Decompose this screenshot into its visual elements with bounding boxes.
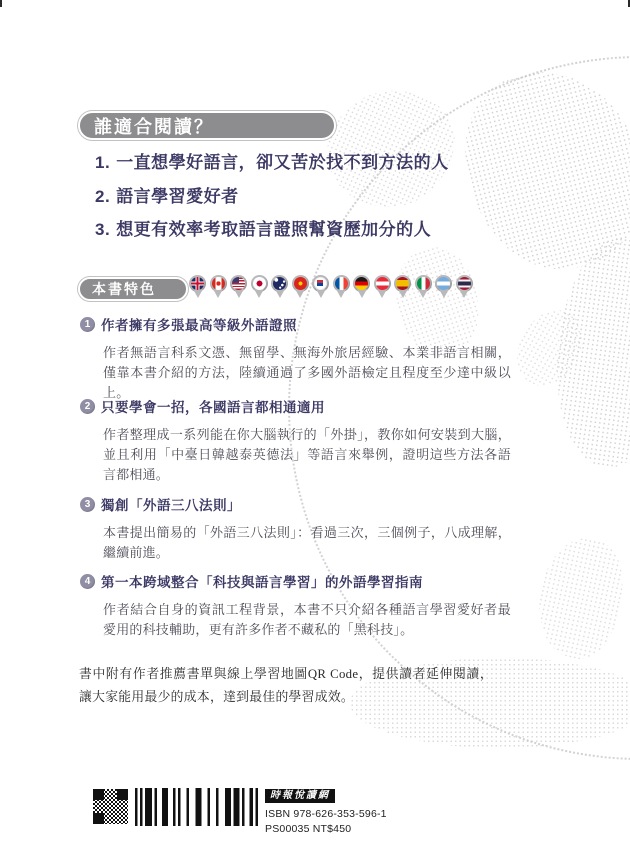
flag-pin-korea: [312, 275, 329, 301]
who-should-read-badge: 誰適合閱讀？: [78, 111, 336, 140]
flag-pin-head: [435, 275, 452, 292]
reader-item-text: 想更有效率考取語言證照幫資歷加分的人: [116, 220, 431, 239]
feature-body: 本書提出簡易的「外語三八法則」：看過三次，三個例子，八成理解，繼續前進。: [103, 523, 511, 563]
flag-pin-head: [374, 275, 391, 292]
closing-note: 書中附有作者推薦書單與線上學習地圖QR Code，提供讀者延伸閱讀，讓大家能用最…: [79, 663, 493, 709]
reader-item-text: 一直想學好語言，卻又苦於找不到方法的人: [116, 153, 449, 172]
flag-pin-head: [394, 275, 411, 292]
feature-body: 作者結合自身的資訊工程背景，本書不只介紹各種語言學習愛好者最愛用的科技輔助，更有…: [103, 600, 511, 640]
qr-code: [93, 789, 128, 824]
flag-germany-icon: [355, 277, 368, 290]
flag-pin-australia: [271, 275, 288, 301]
flags-row: [189, 275, 479, 305]
publisher-info: 時報悅讀網 ISBN 978-626-353-596-1 PS00035 NT$…: [265, 789, 387, 835]
flag-pin-head: [230, 275, 247, 292]
flag-pin-head: [456, 275, 473, 292]
feature-title: 第一本跨域整合「科技與語言學習」的外語學習指南: [101, 571, 423, 591]
feature-block-2: 2 只要學會一招，各國語言都相通適用 作者整理成一系列能在你大腦執行的「外掛」，…: [80, 396, 520, 485]
feature-number-circle: 1: [80, 317, 95, 332]
flag-pin-head: [333, 275, 350, 292]
flag-pin-thailand: [456, 275, 473, 301]
flag-pin-uk: [189, 275, 206, 301]
flag-pin-head: [353, 275, 370, 292]
product-code-text: PS00035 NT$450: [265, 823, 351, 835]
isbn-barcode: [135, 788, 258, 826]
flag-pin-usa: [230, 275, 247, 301]
reader-item-3: 3.想更有效率考取語言證照幫資歷加分的人: [95, 213, 565, 247]
flag-thailand-icon: [458, 277, 471, 290]
flag-pin-spain: [394, 275, 411, 301]
flag-pin-head: [210, 275, 227, 292]
flag-pin-germany: [353, 275, 370, 301]
flag-pin-austria: [374, 275, 391, 301]
feature-block-3: 3 獨創「外語三八法則」 本書提出簡易的「外語三八法則」：看過三次，三個例子，八…: [80, 494, 520, 563]
flag-spain-icon: [396, 277, 409, 290]
reader-item-number: 2.: [95, 187, 110, 206]
feature-number-circle: 4: [80, 574, 95, 589]
flag-austria-icon: [376, 277, 389, 290]
flag-pin-head: [312, 275, 329, 292]
feature-block-1: 1 作者擁有多張最高等級外語證照 作者無語言科系文憑、無留學、無海外旅居經驗、本…: [80, 314, 520, 403]
feature-number-circle: 2: [80, 399, 95, 414]
feature-title: 作者擁有多張最高等級外語證照: [101, 314, 297, 334]
reader-item-text: 語言學習愛好者: [116, 187, 239, 206]
isbn-text: ISBN 978-626-353-596-1: [265, 808, 387, 820]
flag-pin-italy: [415, 275, 432, 301]
flag-italy-icon: [417, 277, 430, 290]
flag-pin-france: [333, 275, 350, 301]
reader-item-2: 2.語言學習愛好者: [95, 180, 565, 214]
feature-block-4: 4 第一本跨域整合「科技與語言學習」的外語學習指南 作者結合自身的資訊工程背景，…: [80, 571, 520, 640]
flag-korea-icon: [314, 277, 327, 290]
feature-body: 作者整理成一系列能在你大腦執行的「外掛」，教你如何安裝到大腦，並且利用「中臺日韓…: [103, 425, 511, 485]
reader-item-number: 3.: [95, 220, 110, 239]
flag-france-icon: [335, 277, 348, 290]
flag-pin-canada: [210, 275, 227, 301]
flag-pin-head: [271, 275, 288, 292]
globe-continent-patch: [528, 531, 630, 665]
flag-australia-icon: [273, 277, 286, 290]
flag-pin-vietnam: [292, 275, 309, 301]
flag-vietnam-icon: [294, 277, 307, 290]
flag-pin-head: [251, 275, 268, 292]
publisher-logo-badge: 時報悅讀網: [265, 789, 335, 803]
book-back-cover: 誰適合閱讀？ 1.一直想學好語言，卻又苦於找不到方法的人 2.語言學習愛好者 3…: [0, 0, 630, 863]
flag-japan-icon: [253, 277, 266, 290]
feature-body: 作者無語言科系文憑、無留學、無海外旅居經驗、本業非語言相關，僅靠本書介紹的方法，…: [103, 343, 511, 403]
reader-item-1: 1.一直想學好語言，卻又苦於找不到方法的人: [95, 146, 565, 180]
flag-pin-japan: [251, 275, 268, 301]
flag-argentina-icon: [437, 277, 450, 290]
flag-pin-head: [415, 275, 432, 292]
flag-usa-icon: [232, 277, 245, 290]
flag-uk-icon: [191, 277, 204, 290]
footer-print-block: 時報悅讀網 ISBN 978-626-353-596-1 PS00035 NT$…: [93, 787, 387, 835]
book-features-badge: 本書特色: [78, 277, 188, 301]
flag-pin-head: [292, 275, 309, 292]
flag-pin-argentina: [435, 275, 452, 301]
flag-canada-icon: [212, 277, 225, 290]
crop-mark-top-left: [0, 0, 2, 7]
feature-title: 只要學會一招，各國語言都相通適用: [101, 396, 325, 416]
reader-list: 1.一直想學好語言，卻又苦於找不到方法的人 2.語言學習愛好者 3.想更有效率考…: [95, 146, 565, 247]
reader-item-number: 1.: [95, 153, 110, 172]
flag-pin-head: [189, 275, 206, 292]
feature-title: 獨創「外語三八法則」: [101, 494, 241, 514]
feature-number-circle: 3: [80, 497, 95, 512]
